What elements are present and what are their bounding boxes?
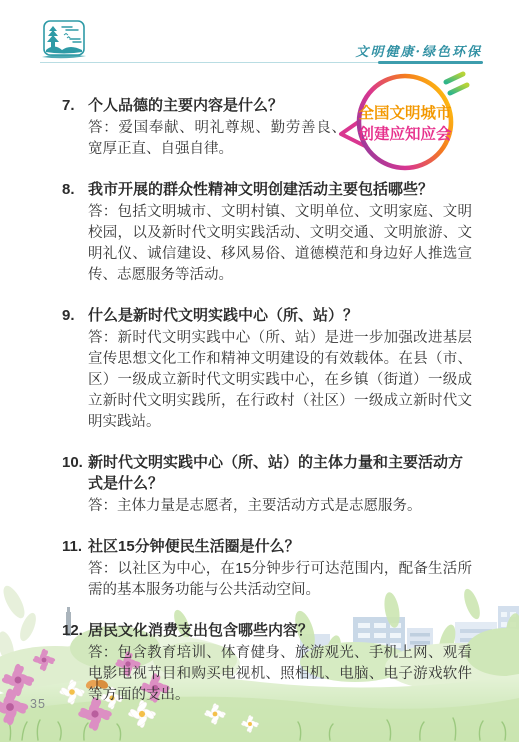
qa-item-10: 10. 新时代文明实践中心（所、站）的主体力量和主要活动方式是什么？ 答：主体力… [62,452,472,517]
question-number: 10. [62,452,88,517]
question-number: 9. [62,305,88,433]
answer-text: 答：包含教育培训、体育健身、旅游观光、手机上网、观看电影电视节目和购买电视机、照… [88,643,472,706]
qa-item-9: 9. 什么是新时代文明实践中心（所、站）？ 答：新时代文明实践中心（所、站）是进… [62,305,472,433]
question-number: 11. [62,536,88,601]
question-text: 什么是新时代文明实践中心（所、站）？ [88,305,472,326]
pagoda-landmark-icon [40,19,88,63]
badge-slash-icon [446,74,467,93]
question-text: 社区15分钟便民生活圈是什么？ [88,536,472,557]
civilized-city-badge: 全国文明城市 创建应知应会 [333,66,497,190]
qa-item-12: 12. 居民文化消费支出包含哪些内容？ 答：包含教育培训、体育健身、旅游观光、手… [62,620,472,706]
qa-item-11: 11. 社区15分钟便民生活圈是什么？ 答：以社区为中心，在15分钟步行可达范围… [62,536,472,601]
document-page: 文明健康·绿色环保 全国文明城市 创建应知应会 [0,0,519,742]
header-divider-thick [378,61,483,64]
answer-text: 答：爱国奉献、明礼尊规、勤劳善良、宽厚正直、自强自律。 [88,118,346,160]
answer-text: 答：以社区为中心，在15分钟步行可达范围内，配备生活所需的基本服务功能与公共活动… [88,559,472,601]
question-text: 居民文化消费支出包含哪些内容？ [88,620,472,641]
question-text: 新时代文明实践中心（所、站）的主体力量和主要活动方式是什么？ [88,452,472,494]
answer-text: 答：主体力量是志愿者，主要活动方式是志愿服务。 [88,496,472,517]
badge-title-line1: 全国文明城市 [358,103,452,122]
header-slogan: 文明健康·绿色环保 [355,41,482,60]
qa-item-8: 8. 我市开展的群众性精神文明创建活动主要包括哪些？ 答：包括文明城市、文明村镇… [62,179,472,286]
question-number: 8. [62,179,88,286]
answer-text: 答：包括文明城市、文明村镇、文明单位、文明家庭、文明校园，以及新时代文明实践活动… [88,202,472,286]
question-number: 7. [62,95,88,160]
page-number: 35 [30,697,46,711]
answer-text: 答：新时代文明实践中心（所、站）是进一步加强改进基层宣传思想文化工作和精神文明建… [88,328,472,433]
question-number: 12. [62,620,88,706]
badge-ring [359,76,451,168]
badge-title-line2: 创建应知应会 [357,124,452,143]
